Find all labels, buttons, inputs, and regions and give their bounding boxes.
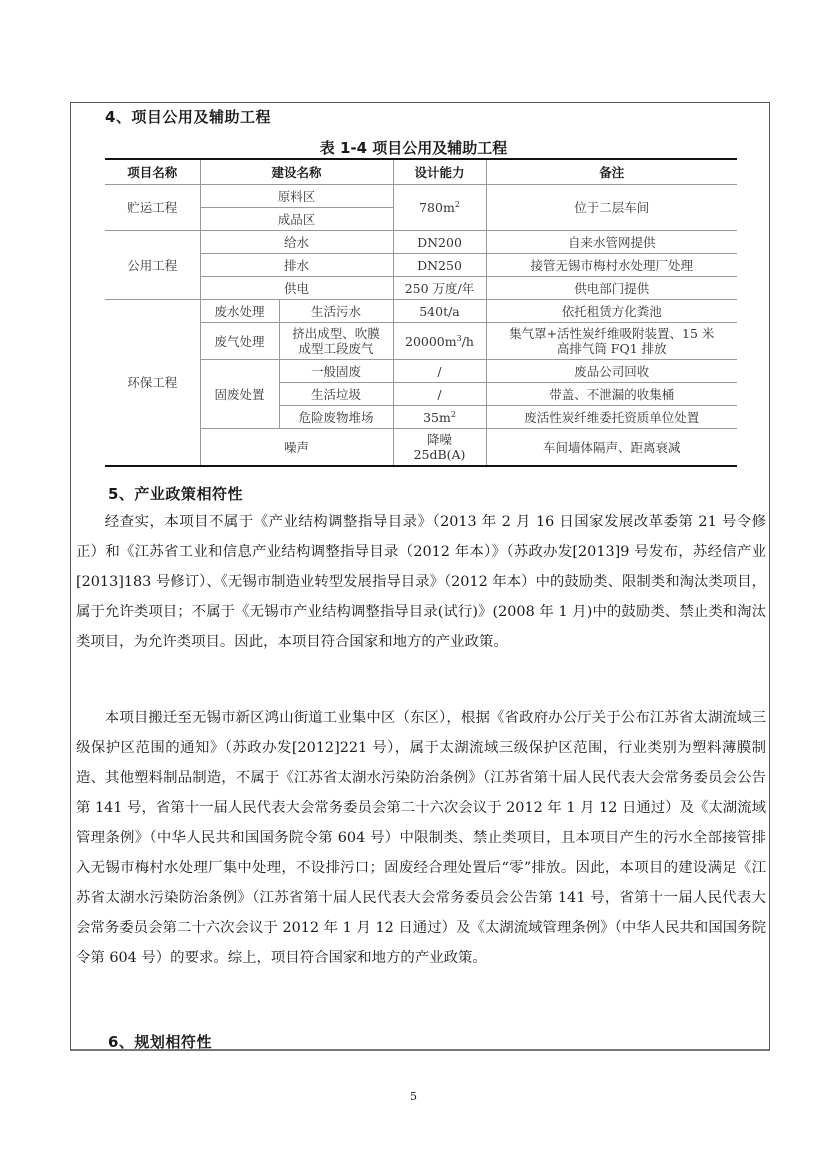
note-cell: 自来水管网提供 [486,231,737,254]
capacity-cell: DN200 [393,231,486,254]
item-cell: 成品区 [200,208,393,231]
page-number: 5 [0,1090,827,1103]
item-cell: 挤出成型、吹膜成型工段废气 [279,323,393,360]
table-header-row: 项目名称 建设名称 设计能力 备注 [105,159,737,185]
capacity-cell: 降噪25dB(A) [393,429,486,467]
header-project: 项目名称 [105,159,200,185]
paragraph-industrial-policy: 经查实，本项目不属于《产业结构调整指导目录》（2013 年 2 月 16 日国家… [76,507,766,657]
note-cell: 接管无锡市梅村水处理厂处理 [486,254,737,277]
note-cell: 依托租赁方化粪池 [486,300,737,323]
header-construction: 建设名称 [200,159,393,185]
note-cell: 废活性炭纤维委托资质单位处置 [486,406,737,429]
table-row: 排水 DN250 接管无锡市梅村水处理厂处理 [105,254,737,277]
note-cell: 集气罩+活性炭纤维吸附装置、15 米高排气筒 FQ1 排放 [486,323,737,360]
capacity-cell: 35m2 [393,406,486,429]
capacity-cell: 20000m3/h [393,323,486,360]
note-cell: 废品公司回收 [486,360,737,383]
table-caption: 表 1-4 项目公用及辅助工程 [0,137,827,158]
table-row: 贮运工程 原料区 780m2 位于二层车间 [105,185,737,208]
item-cell: 生活污水 [279,300,393,323]
capacity-cell: / [393,360,486,383]
header-capacity: 设计能力 [393,159,486,185]
item-cell: 生活垃圾 [279,383,393,406]
table-row: 环保工程 废水处理 生活污水 540t/a 依托租赁方化粪池 [105,300,737,323]
table-row: 公用工程 给水 DN200 自来水管网提供 [105,231,737,254]
note-cell: 位于二层车间 [486,185,737,231]
item-cell: 噪声 [200,429,393,467]
section-5-title: 5、产业政策相符性 [108,483,243,504]
capacity-cell: DN250 [393,254,486,277]
category-cell: 公用工程 [105,231,200,300]
item-cell: 排水 [200,254,393,277]
capacity-cell: / [393,383,486,406]
capacity-cell: 540t/a [393,300,486,323]
item-cell: 危险废物堆场 [279,406,393,429]
note-cell: 车间墙体隔声、距离衰减 [486,429,737,467]
section-6-title: 6、规划相符性 [108,1031,212,1052]
capacity-cell: 780m2 [393,185,486,231]
table-row: 废气处理 挤出成型、吹膜成型工段废气 20000m3/h 集气罩+活性炭纤维吸附… [105,323,737,360]
group-cell: 废气处理 [200,323,279,360]
capacity-cell: 250 万度/年 [393,277,486,300]
paragraph-taihu-compliance: 本项目搬迁至无锡市新区鸿山街道工业集中区（东区），根据《省政府办公厅关于公布江苏… [76,703,766,973]
item-cell: 一般固废 [279,360,393,383]
note-cell: 供电部门提供 [486,277,737,300]
item-cell: 给水 [200,231,393,254]
table-row: 供电 250 万度/年 供电部门提供 [105,277,737,300]
section-4-title: 4、项目公用及辅助工程 [105,106,271,127]
category-cell: 贮运工程 [105,185,200,231]
note-cell: 带盖、不泄漏的收集桶 [486,383,737,406]
category-cell: 环保工程 [105,300,200,467]
item-cell: 供电 [200,277,393,300]
table-row: 噪声 降噪25dB(A) 车间墙体隔声、距离衰减 [105,429,737,467]
group-cell: 固废处置 [200,360,279,429]
table-row: 固废处置 一般固废 / 废品公司回收 [105,360,737,383]
header-note: 备注 [486,159,737,185]
group-cell: 废水处理 [200,300,279,323]
item-cell: 原料区 [200,185,393,208]
utility-table: 项目名称 建设名称 设计能力 备注 贮运工程 原料区 780m2 位于二层车间 … [105,158,737,467]
